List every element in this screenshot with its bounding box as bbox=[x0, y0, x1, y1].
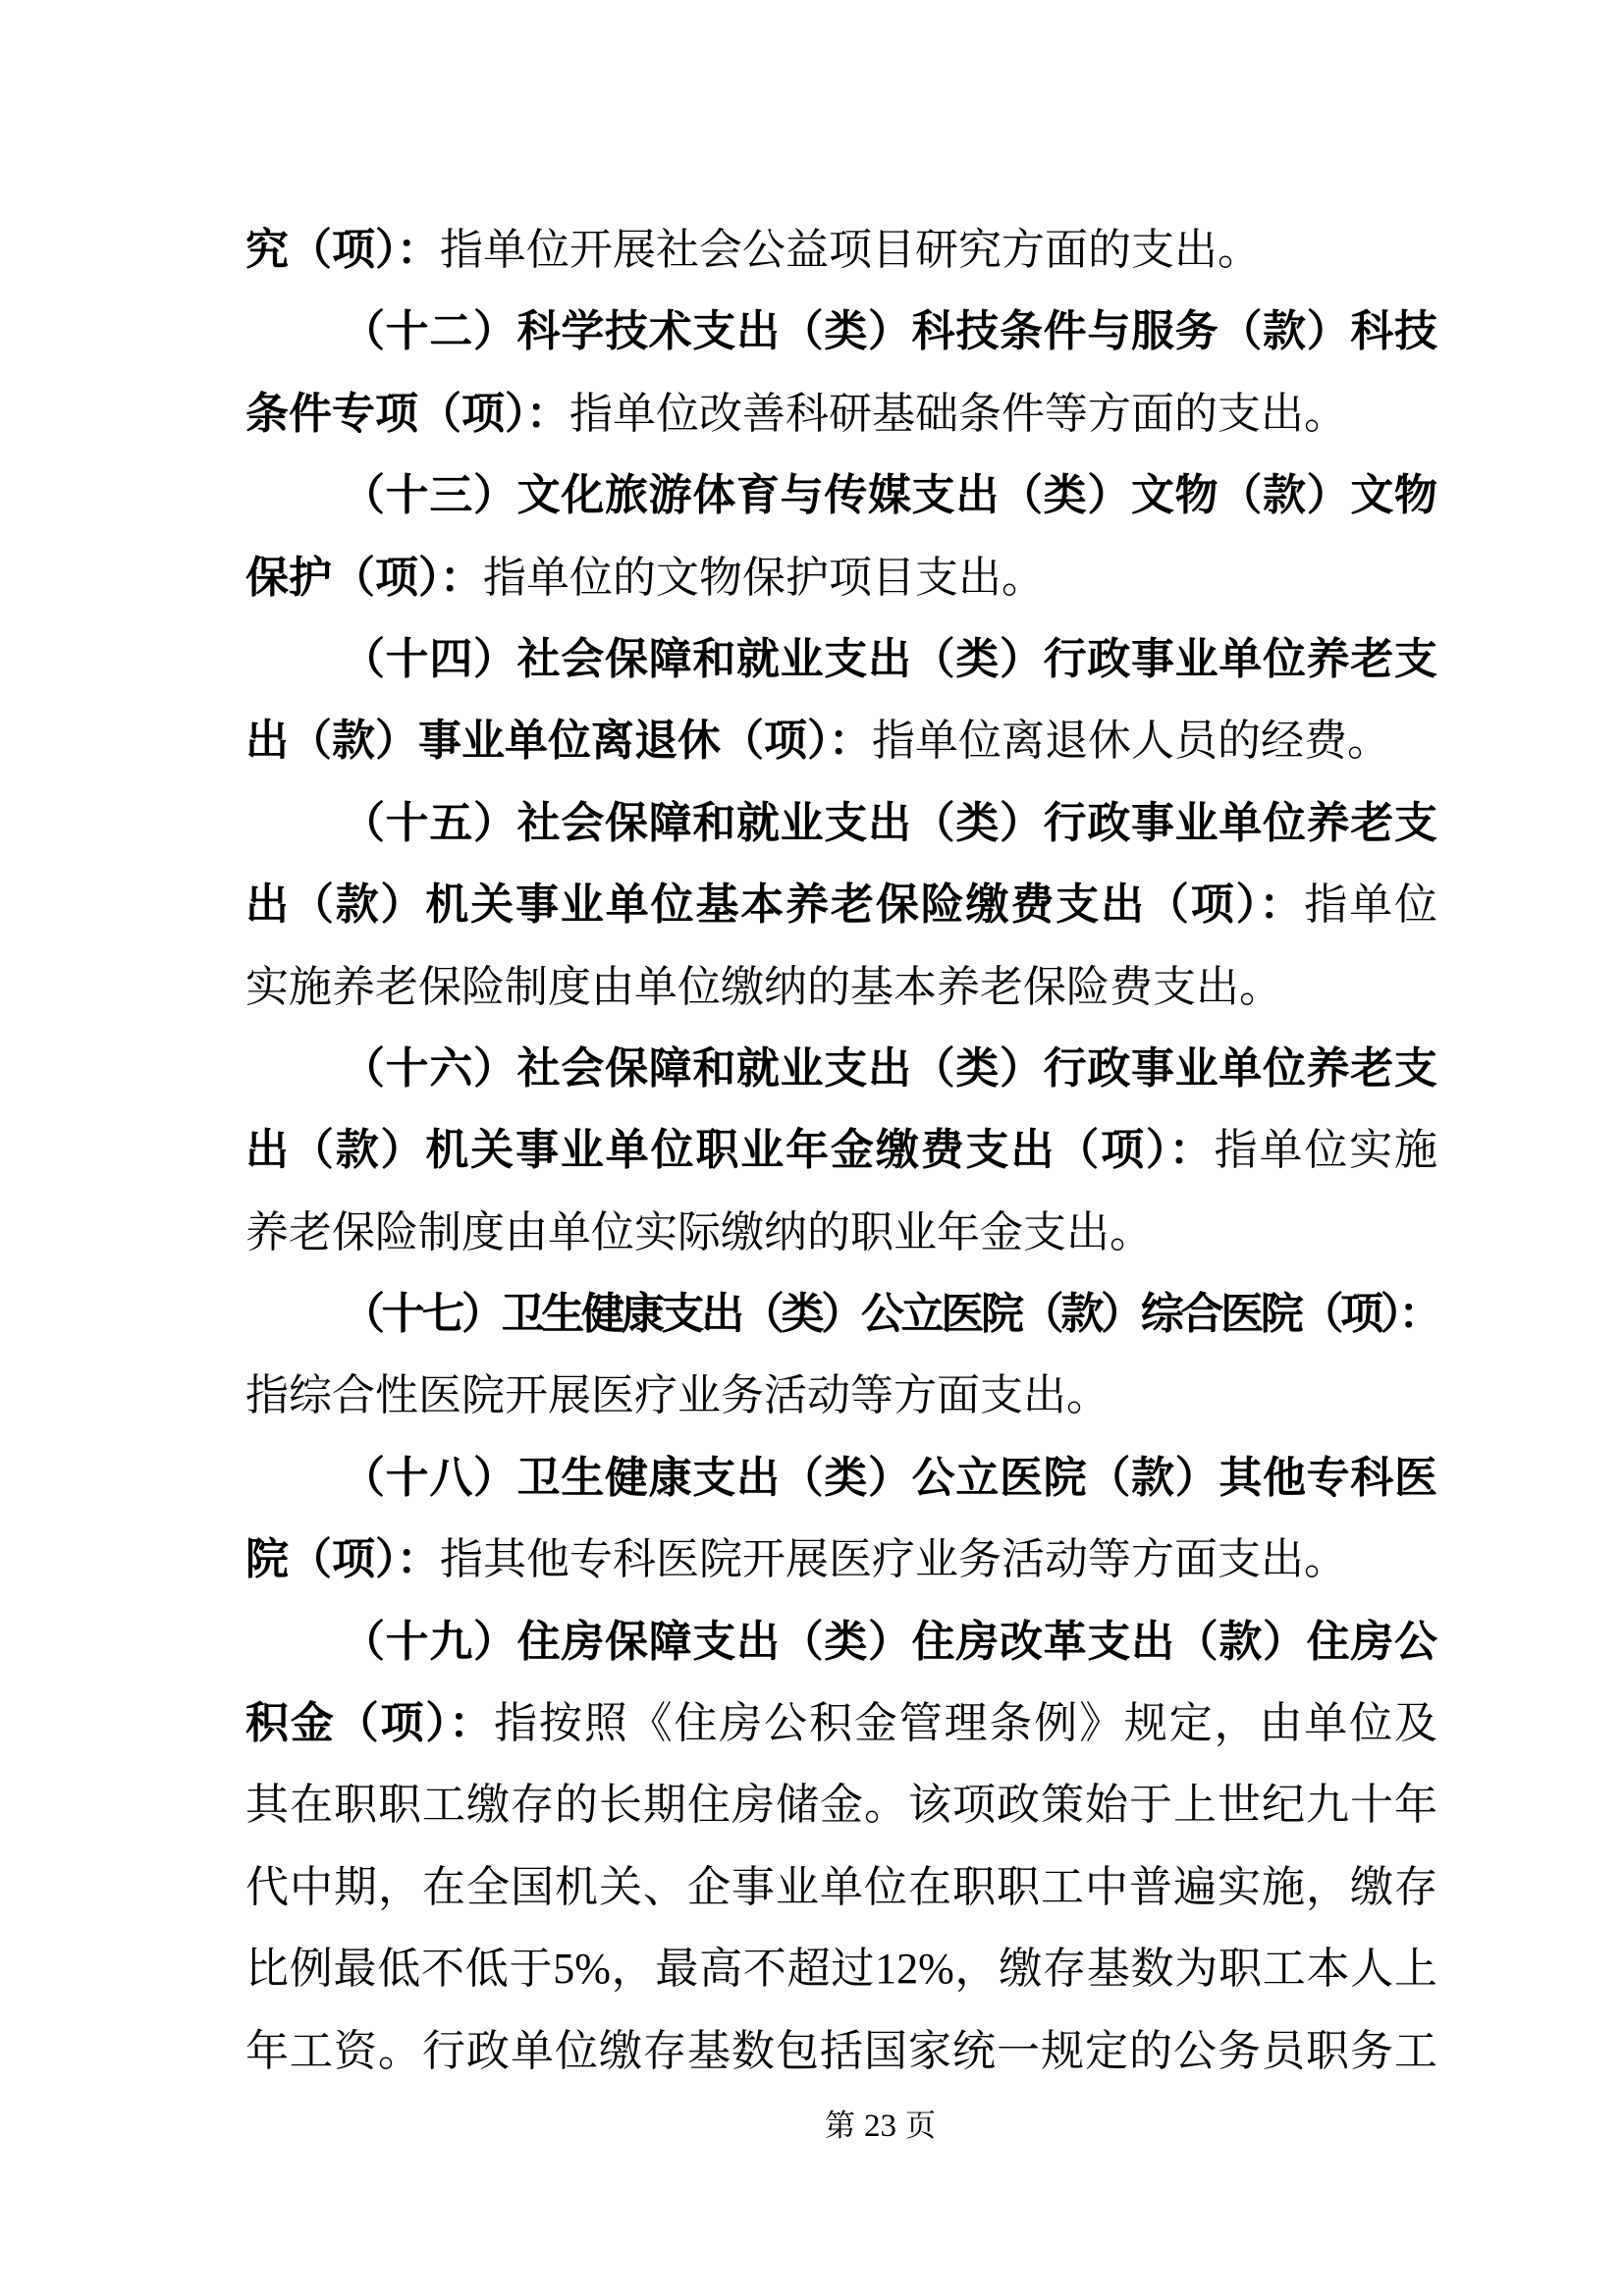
line-regular-text: 指按照《住房公积金管理条例》规定，由单位及 bbox=[494, 1699, 1437, 1747]
line-bold-text: （十三）文化旅游体育与传媒支出（类）文物（款）文物 bbox=[342, 471, 1437, 519]
text-line: （十二）科学技术支出（类）科技条件与服务（款）科技 bbox=[245, 291, 1437, 372]
line-bold-text: 保护（项）： bbox=[245, 554, 483, 602]
text-line: 出（款）机关事业单位职业年金缴费支出（项）：指单位实施 bbox=[245, 1109, 1437, 1191]
line-bold-text: （十八）卫生健康支出（类）公立医院（款）其他专科医 bbox=[342, 1454, 1437, 1502]
text-line: 指综合性医院开展医疗业务活动等方面支出。 bbox=[245, 1355, 1437, 1436]
line-bold-text: （十二）科学技术支出（类）科技条件与服务（款）科技 bbox=[342, 307, 1437, 355]
line-regular-text: 指综合性医院开展医疗业务活动等方面支出。 bbox=[245, 1371, 1110, 1419]
page-label-prefix: 第 bbox=[825, 2109, 855, 2143]
text-line: 年工资。行政单位缴存基数包括国家统一规定的公务员职务工 bbox=[245, 2010, 1437, 2092]
text-line: 积金（项）：指按照《住房公积金管理条例》规定，由单位及 bbox=[245, 1682, 1437, 1764]
text-line: 究（项）：指单位开展社会公益项目研究方面的支出。 bbox=[245, 209, 1437, 291]
line-bold-text: 出（款）机关事业单位职业年金缴费支出（项）： bbox=[245, 1126, 1215, 1174]
line-regular-text: 指单位实施 bbox=[1215, 1126, 1437, 1174]
text-body: 究（项）：指单位开展社会公益项目研究方面的支出。（十二）科学技术支出（类）科技条… bbox=[245, 209, 1437, 2092]
line-regular-text: 养老保险制度由单位实际缴纳的职业年金支出。 bbox=[245, 1208, 1153, 1256]
line-regular-text: 其在职职工缴存的长期住房储金。该项政策始于上世纪九十年 bbox=[245, 1781, 1437, 1829]
line-bold-text: 出（款）机关事业单位基本养老保险缴费支出（项）： bbox=[245, 881, 1304, 929]
text-line: 代中期，在全国机关、企事业单位在职职工中普遍实施，缴存 bbox=[245, 1846, 1437, 1928]
text-line: 条件专项（项）：指单位改善科研基础条件等方面的支出。 bbox=[245, 373, 1437, 454]
line-bold-text: （十五）社会保障和就业支出（类）行政事业单位养老支 bbox=[342, 799, 1437, 847]
document-page: 究（项）：指单位开展社会公益项目研究方面的支出。（十二）科学技术支出（类）科技条… bbox=[0, 0, 1624, 2296]
text-line: 保护（项）：指单位的文物保护项目支出。 bbox=[245, 537, 1437, 618]
text-line: 养老保险制度由单位实际缴纳的职业年金支出。 bbox=[245, 1192, 1437, 1273]
text-line: 出（款）事业单位离退休（项）：指单位离退休人员的经费。 bbox=[245, 700, 1437, 781]
line-regular-text: 指单位改善科研基础条件等方面的支出。 bbox=[569, 390, 1347, 438]
line-bold-text: 院（项）： bbox=[245, 1535, 440, 1583]
text-line: 实施养老保险制度由单位缴纳的基本养老保险费支出。 bbox=[245, 946, 1437, 1028]
text-line: 出（款）机关事业单位基本养老保险缴费支出（项）：指单位 bbox=[245, 864, 1437, 945]
line-regular-text: 指单位 bbox=[1304, 881, 1437, 929]
text-line: 其在职职工缴存的长期住房储金。该项政策始于上世纪九十年 bbox=[245, 1764, 1437, 1845]
line-bold-text: （十七）卫生健康支出（类）公立医院（款）综合医院（项）： bbox=[342, 1290, 1437, 1338]
line-regular-text: 指单位的文物保护项目支出。 bbox=[483, 554, 1045, 602]
text-line: 院（项）：指其他专科医院开展医疗业务活动等方面支出。 bbox=[245, 1519, 1437, 1600]
page-footer: 第23页 bbox=[825, 2107, 936, 2146]
text-line: （十四）社会保障和就业支出（类）行政事业单位养老支 bbox=[245, 618, 1437, 700]
line-bold-text: （十九）住房保障支出（类）住房改革支出（款）住房公 bbox=[342, 1618, 1437, 1666]
text-line: （十六）社会保障和就业支出（类）行政事业单位养老支 bbox=[245, 1028, 1437, 1109]
page-number: 23 bbox=[864, 2109, 896, 2144]
text-line: （十九）住房保障支出（类）住房改革支出（款）住房公 bbox=[245, 1601, 1437, 1682]
text-line: （十五）社会保障和就业支出（类）行政事业单位养老支 bbox=[245, 782, 1437, 864]
line-bold-text: 积金（项）： bbox=[245, 1699, 494, 1747]
text-line: （十七）卫生健康支出（类）公立医院（款）综合医院（项）： bbox=[245, 1273, 1437, 1355]
line-regular-text: 指单位离退休人员的经费。 bbox=[872, 717, 1390, 765]
line-regular-text: 代中期，在全国机关、企事业单位在职职工中普遍实施，缴存 bbox=[245, 1863, 1437, 1911]
text-line: （十三）文化旅游体育与传媒支出（类）文物（款）文物 bbox=[245, 454, 1437, 536]
line-bold-text: 条件专项（项）： bbox=[245, 390, 569, 438]
line-bold-text: 究（项）： bbox=[245, 226, 440, 274]
line-regular-text: 年工资。行政单位缴存基数包括国家统一规定的公务员职务工 bbox=[245, 2027, 1437, 2075]
text-line: （十八）卫生健康支出（类）公立医院（款）其他专科医 bbox=[245, 1437, 1437, 1519]
line-bold-text: （十四）社会保障和就业支出（类）行政事业单位养老支 bbox=[342, 635, 1437, 683]
line-bold-text: （十六）社会保障和就业支出（类）行政事业单位养老支 bbox=[342, 1044, 1437, 1093]
line-bold-text: 出（款）事业单位离退休（项）： bbox=[245, 717, 872, 765]
page-label-suffix: 页 bbox=[905, 2109, 936, 2143]
line-regular-text: 指单位开展社会公益项目研究方面的支出。 bbox=[440, 226, 1261, 274]
text-line: 比例最低不低于5%，最高不超过12%，缴存基数为职工本人上 bbox=[245, 1928, 1437, 2009]
line-regular-text: 指其他专科医院开展医疗业务活动等方面支出。 bbox=[440, 1535, 1347, 1583]
line-regular-text: 比例最低不低于5%，最高不超过12%，缴存基数为职工本人上 bbox=[245, 1945, 1437, 1993]
line-regular-text: 实施养老保险制度由单位缴纳的基本养老保险费支出。 bbox=[245, 963, 1282, 1011]
